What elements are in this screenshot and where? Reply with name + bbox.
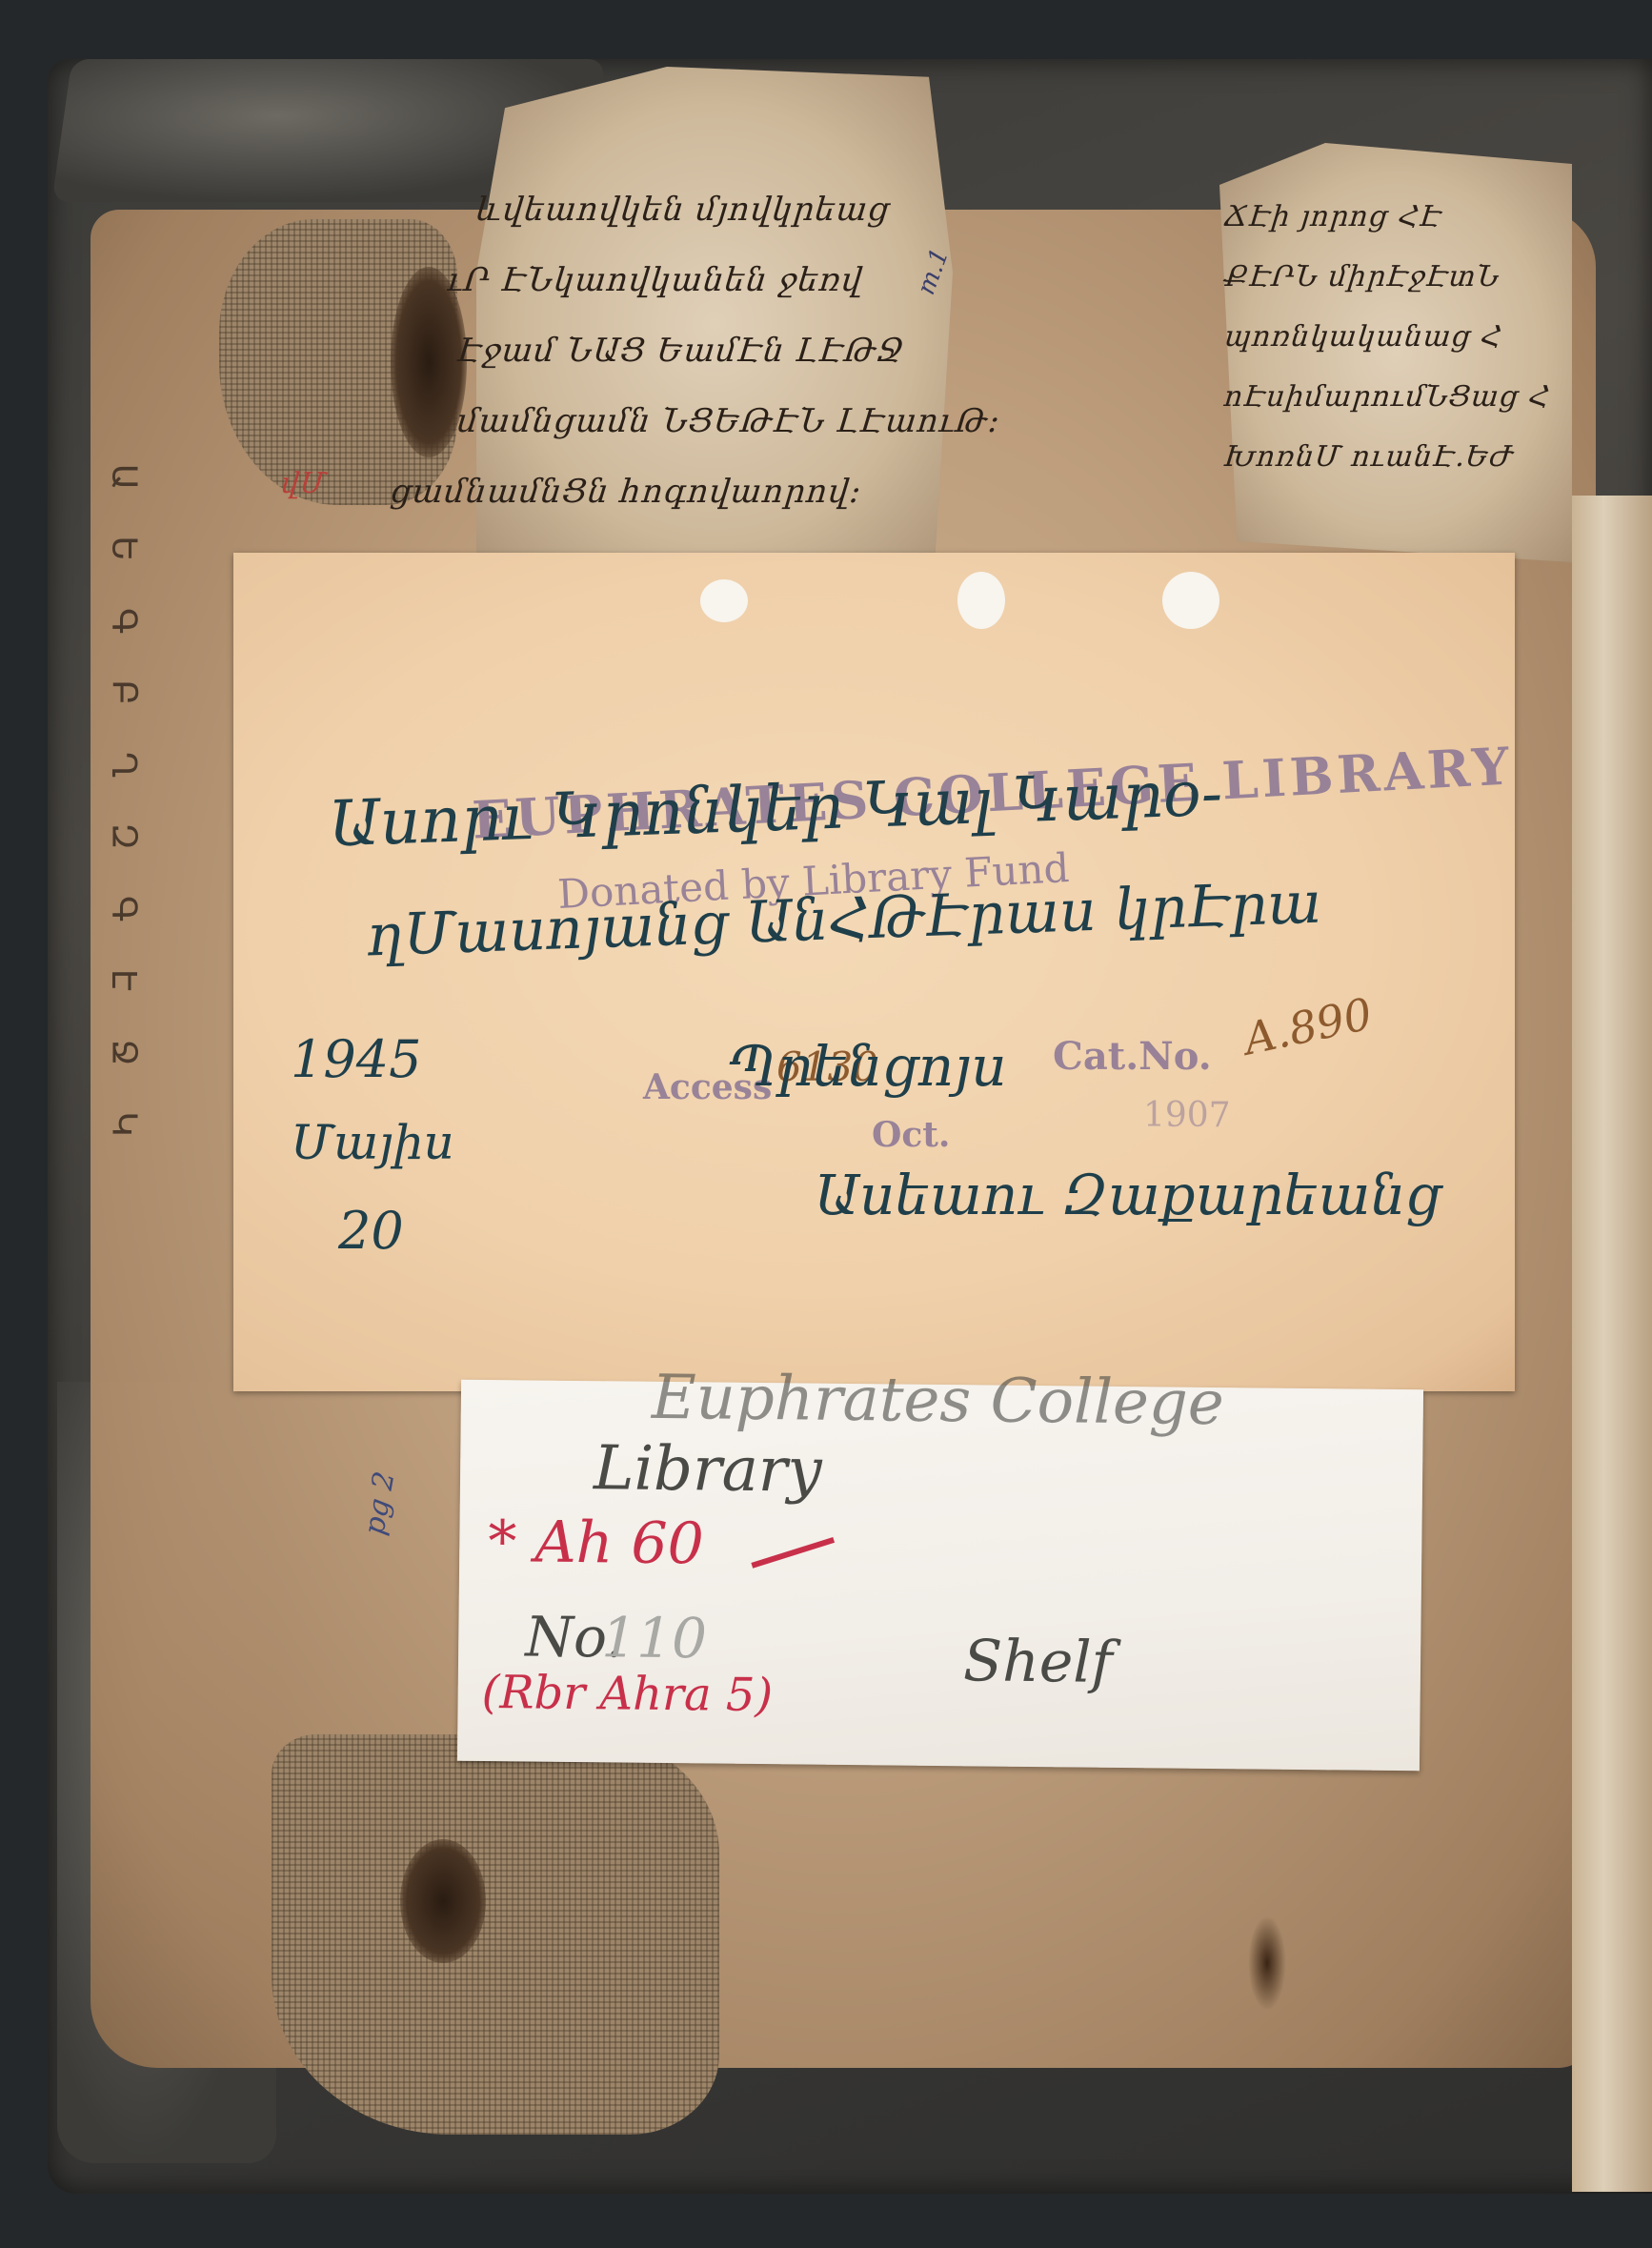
ink-stain bbox=[1248, 1915, 1286, 2011]
spine-glyph: Է bbox=[104, 969, 143, 991]
spine-glyph: Ա bbox=[105, 464, 144, 491]
manuscript-line: ևվեաովկեն մյովկրեաց bbox=[474, 191, 1002, 229]
manuscript-line: ԽոռնՄ ուանԷ.ԵԺ bbox=[1222, 440, 1552, 474]
stamp-month: Oct. bbox=[872, 1115, 950, 1155]
spine-glyph: Կ bbox=[104, 1111, 143, 1136]
page-edge-right bbox=[1572, 496, 1652, 2192]
shelf-card: Euphrates College Library * Ah 60 No. 11… bbox=[457, 1380, 1423, 1772]
manuscript-line: Էջամ ՆԱՑ ԵամԷն ԼԷԹՋ bbox=[455, 332, 1002, 370]
spine-glyph: Բ bbox=[104, 680, 143, 705]
red-checkmark bbox=[751, 1537, 835, 1569]
handwritten-date-day: 20 bbox=[338, 1201, 404, 1261]
handwritten-line-3: Պրենցոյս bbox=[729, 1034, 1007, 1099]
shelf-card-no-value: 110 bbox=[601, 1605, 707, 1671]
handwritten-signature: Ասեաու Զաքարեանց bbox=[815, 1163, 1441, 1227]
shelf-card-college: Euphrates College bbox=[652, 1363, 1225, 1439]
manuscript-text-right: ՃԷի յորոց ՀԷ ՔԷՐՆ միրԷջԷտՆ պոռնկականաց Հ… bbox=[1224, 200, 1550, 474]
spine-glyph: Ղ bbox=[105, 752, 144, 778]
spine-glyph: Գ bbox=[105, 608, 144, 634]
manuscript-line: ոԷսիմարումՆՑաց Հ bbox=[1222, 380, 1552, 414]
manuscript-text-left: ևվեաովկեն մյովկրեաց ւՐ ԷՆկաովկանեն ջեռվ … bbox=[391, 191, 1000, 511]
handwritten-date-month: Մայիս bbox=[291, 1115, 454, 1170]
manuscript-line: ՔԷՐՆ միրԷջԷտՆ bbox=[1222, 260, 1552, 294]
tear-mark bbox=[700, 579, 748, 622]
manuscript-line: մամնցամն ՆՑԵԹԷՆ ԼԷաուԹ: bbox=[455, 402, 1002, 440]
tear-mark bbox=[1162, 572, 1219, 629]
library-bookplate: EUPHRATES COLLEGE LIBRARY Donated by Lib… bbox=[233, 553, 1515, 1391]
burlap-bottom bbox=[272, 1734, 719, 2135]
stamp-cat-label: Cat.No. bbox=[1053, 1034, 1212, 1079]
handwritten-line-1: Ասորւ Կրոնկեր Կալ Կարօ- bbox=[328, 757, 1223, 861]
catalog-number: A.890 bbox=[1239, 987, 1377, 1064]
tear-mark bbox=[957, 572, 1005, 629]
spine-glyph: Գ bbox=[105, 896, 144, 921]
stamp-year: 1907 bbox=[1143, 1096, 1231, 1135]
spine-strip-text: Ա Ե Գ Բ Ղ Զ Գ Է Ջ Կ bbox=[81, 457, 167, 1144]
shelf-card-red-note: (Rbr Ahra 5) bbox=[481, 1666, 773, 1722]
shelf-card-library: Library bbox=[594, 1433, 822, 1507]
handwritten-date-year: 1945 bbox=[291, 1029, 421, 1089]
manuscript-line: ցամնամնՑն հոգովաորով: bbox=[389, 473, 1002, 511]
manuscript-line: պոռնկականաց Հ bbox=[1222, 320, 1552, 354]
spine-glyph: Զ bbox=[104, 823, 143, 850]
shelf-card-red-mark: * Ah 60 bbox=[488, 1509, 704, 1577]
shelf-card-shelf-label: Shelf bbox=[963, 1628, 1113, 1696]
manuscript-line: ՃԷի յորոց ՀԷ bbox=[1222, 200, 1552, 233]
spine-glyph: Ջ bbox=[105, 1039, 144, 1065]
worm-hole-bottom bbox=[400, 1839, 486, 1963]
spine-glyph: Ե bbox=[104, 537, 143, 561]
red-margin-note: վՄ bbox=[279, 467, 329, 500]
